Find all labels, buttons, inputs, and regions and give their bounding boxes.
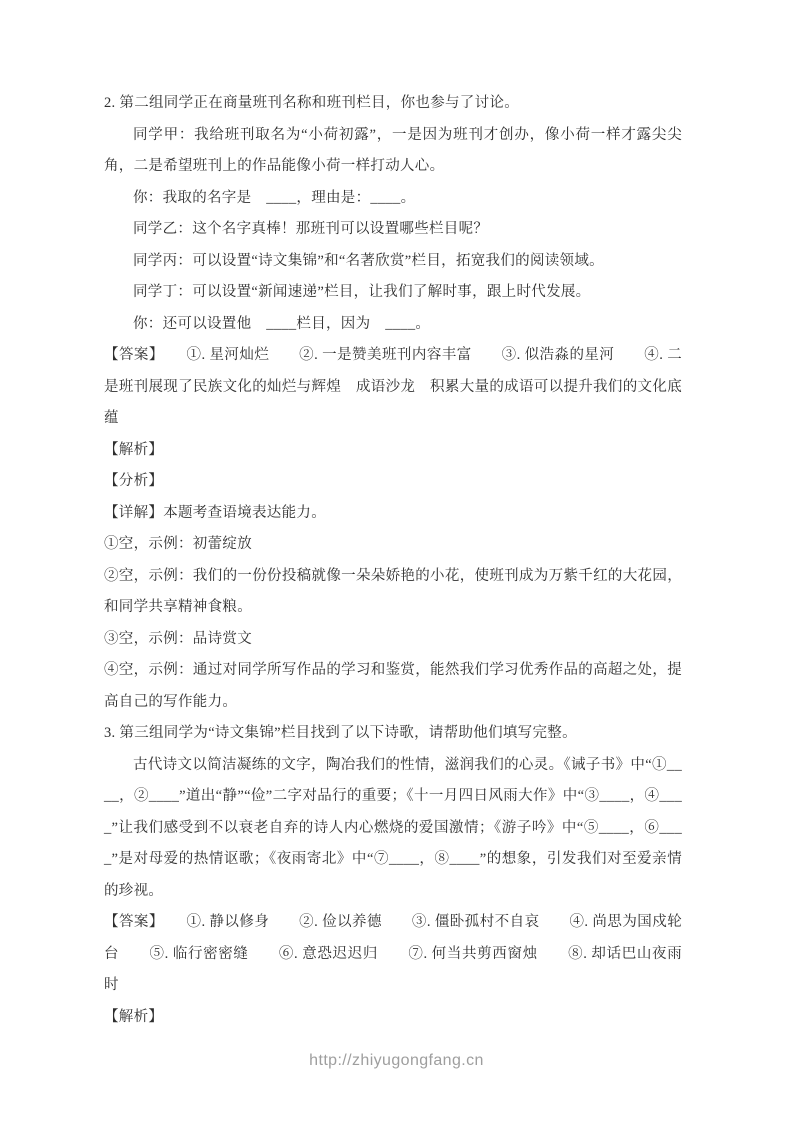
label-fenxi-q2: 【分析】	[104, 466, 682, 498]
blank-3-example: ③空，示例：品诗赏文	[104, 624, 682, 656]
question-3-passage: 古代诗文以简洁凝练的文字，陶冶我们的性情，滋润我们的心灵。《诫子书》中“①___…	[104, 750, 682, 908]
page-footer: http://zhiyugongfang.cn	[0, 1052, 793, 1070]
document-body: 2. 第二组同学正在商量班刊名称和班刊栏目，你也参与了讨论。同学甲：我给班刊取名…	[104, 88, 682, 1033]
dialogue-classmate-jia: 同学甲：我给班刊取名为“小荷初露”，一是因为班刊才创办，像小荷一样才露尖尖角，二…	[104, 120, 682, 183]
document-page: 2. 第二组同学正在商量班刊名称和班刊栏目，你也参与了讨论。同学甲：我给班刊取名…	[0, 0, 793, 1122]
blank-4-example: ④空，示例：通过对同学所写作品的学习和鉴赏，能然我们学习优秀作品的高超之处，提高…	[104, 655, 682, 718]
question-3-stem: 3. 第三组同学为“诗文集锦”栏目找到了以下诗歌，请帮助他们填写完整。	[104, 718, 682, 750]
answer-question-2: 【答案】 ①. 星河灿烂 ②. 一是赞美班刊内容丰富 ③. 似浩淼的星河 ④. …	[104, 340, 682, 435]
label-jiexi-q3: 【解析】	[104, 1002, 682, 1034]
blank-2-example: ②空，示例：我们的一份份投稿就像一朵朵娇艳的小花，使班刊成为万紫千红的大花园，和…	[104, 561, 682, 624]
dialogue-classmate-ding: 同学丁：可以设置“新闻速递”栏目，让我们了解时事，跟上时代发展。	[104, 277, 682, 309]
dialogue-classmate-yi: 同学乙：这个名字真棒！那班刊可以设置哪些栏目呢？	[104, 214, 682, 246]
dialogue-classmate-bing: 同学丙：可以设置“诗文集锦”和“名著欣赏”栏目，拓宽我们的阅读领域。	[104, 246, 682, 278]
dialogue-you-2: 你：还可以设置他 ____栏目，因为 ____。	[104, 309, 682, 341]
question-2-stem: 2. 第二组同学正在商量班刊名称和班刊栏目，你也参与了讨论。	[104, 88, 682, 120]
xiangjie-q2: 【详解】本题考查语境表达能力。	[104, 498, 682, 530]
blank-1-example: ①空，示例：初蕾绽放	[104, 529, 682, 561]
footer-url: http://zhiyugongfang.cn	[309, 1052, 484, 1069]
dialogue-you-1: 你：我取的名字是 ____，理由是：____。	[104, 183, 682, 215]
answer-question-3: 【答案】 ①. 静以修身 ②. 俭以养德 ③. 僵卧孤村不自哀 ④. 尚思为国戍…	[104, 907, 682, 1002]
label-jiexi-q2: 【解析】	[104, 435, 682, 467]
